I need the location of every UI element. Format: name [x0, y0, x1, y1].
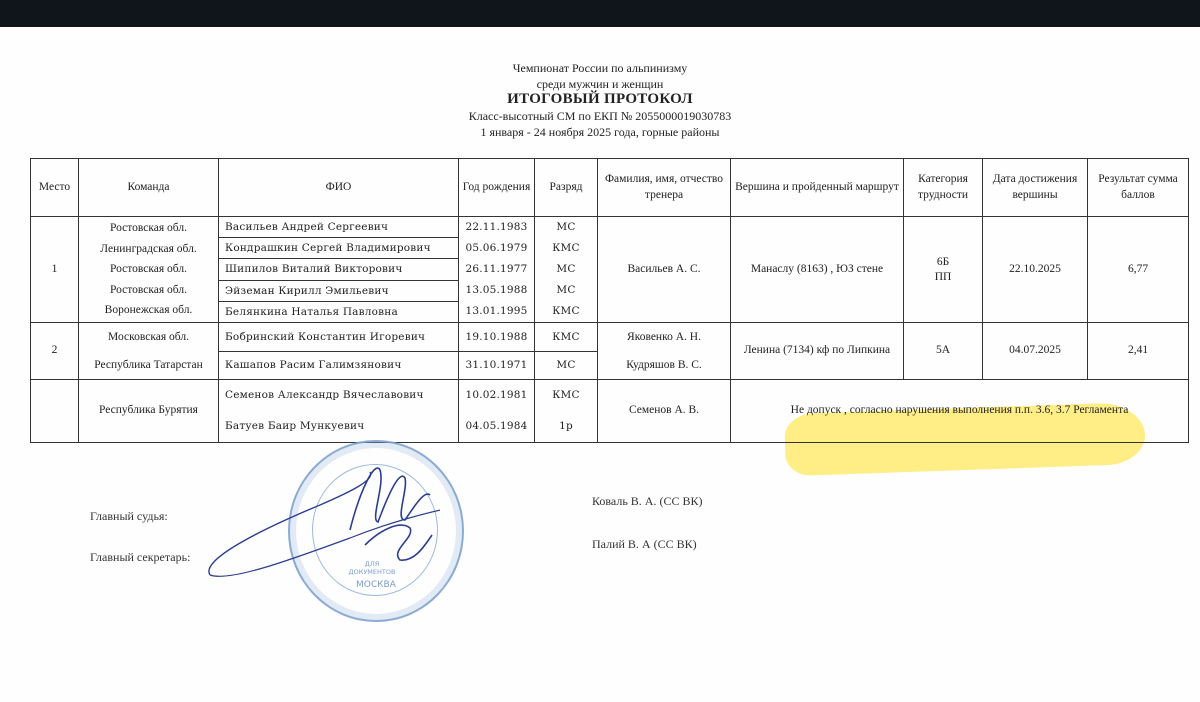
chief-secretary-name: Палий В. А (СС ВК)	[592, 537, 697, 552]
chief-secretary-label: Главный секретарь:	[90, 550, 190, 565]
table-row: 1 Ростовская обл. Ленинградская обл. Рос…	[31, 217, 1189, 238]
col-header-result: Результат сумма баллов	[1088, 159, 1189, 217]
protocol-title: ИТОГОВЫЙ ПРОТОКОЛ	[0, 91, 1200, 108]
rank: МС	[537, 280, 595, 301]
member-name: Эйземан Кирилл Эмильевич	[219, 280, 459, 301]
disqualification-note: Не допуск , согласно нарушения выполнени…	[791, 404, 1129, 416]
class-line: Класс-высотный СМ по ЕКП № 2055000019030…	[0, 109, 1200, 124]
category-cell: 5А	[904, 323, 983, 380]
rank: КМС	[537, 380, 595, 411]
birth-date: 22.11.1983	[461, 217, 532, 238]
rank-cell: МС КМС МС МС КМС	[535, 217, 598, 323]
birth-date: 13.05.1988	[461, 280, 532, 301]
team-cell: Ростовская обл. Ленинградская обл. Росто…	[79, 217, 219, 323]
championship-subtitle: среди мужчин и женщин	[0, 77, 1200, 92]
coach-name: Кудряшов В. С.	[600, 351, 728, 379]
rank: МС	[535, 351, 598, 380]
birth-date: 04.05.1984	[461, 411, 532, 442]
coach-cell: Яковенко А. Н. Кудряшов В. С.	[598, 323, 731, 380]
result-cell: 2,41	[1088, 323, 1189, 380]
col-header-route: Вершина и пройденный маршрут	[731, 159, 904, 217]
team-name: Республика Татарстан	[81, 351, 216, 379]
col-header-birth-year: Год рождения	[459, 159, 535, 217]
birth-cell: 22.11.1983 05.06.1979 26.11.1977 13.05.1…	[459, 217, 535, 323]
results-table: Место Команда ФИО Год рождения Разряд Фа…	[30, 158, 1189, 443]
route-cell: Ленина (7134) кф по Липкина	[731, 323, 904, 380]
championship-title: Чемпионат России по альпинизму	[0, 61, 1200, 76]
member-name: Васильев Андрей Сергеевич	[219, 217, 459, 238]
col-header-category: Категория трудности	[904, 159, 983, 217]
dates-line: 1 января - 24 ноября 2025 года, горные р…	[0, 125, 1200, 140]
place-cell: 1	[31, 217, 79, 323]
team-cell: Московская обл. Республика Татарстан	[79, 323, 219, 380]
result-cell: 6,77	[1088, 217, 1189, 323]
birth-cell: 10.02.1981 04.05.1984	[459, 380, 535, 443]
category-value: 6Б	[906, 255, 980, 270]
date-cell: 22.10.2025	[983, 217, 1088, 323]
disqualification-note-cell: Не допуск , согласно нарушения выполнени…	[731, 380, 1189, 443]
route-cell: Манаслу (8163) , ЮЗ стене	[731, 217, 904, 323]
chief-judge-label: Главный судья:	[90, 509, 168, 524]
member-name: Шипилов Виталий Викторович	[219, 259, 459, 280]
col-header-date: Дата достижения вершины	[983, 159, 1088, 217]
team-name: Ростовская обл.	[81, 280, 216, 301]
col-header-coach: Фамилия, имя, отчество тренера	[598, 159, 731, 217]
member-name: Семенов Александр Вячеславович	[225, 380, 456, 411]
member-name: Батуев Баир Мункуевич	[225, 411, 456, 442]
coach-cell: Васильев А. С.	[598, 217, 731, 323]
handwritten-signature	[200, 450, 440, 590]
rank: КМС	[535, 323, 598, 352]
top-dark-bar	[0, 0, 1200, 27]
col-header-team: Команда	[79, 159, 219, 217]
coach-cell: Семенов А. В.	[598, 380, 731, 443]
birth-date: 10.02.1981	[461, 380, 532, 411]
member-name: Белянкина Наталья Павловна	[219, 301, 459, 322]
place-cell: 2	[31, 323, 79, 380]
rank: КМС	[537, 301, 595, 322]
col-header-fio: ФИО	[219, 159, 459, 217]
rank-cell: КМС 1р	[535, 380, 598, 443]
team-name: Московская обл.	[81, 323, 216, 351]
category-value: ПП	[906, 270, 980, 285]
member-names-cell: Семенов Александр Вячеславович Батуев Ба…	[219, 380, 459, 443]
team-cell: Республика Бурятия	[79, 380, 219, 443]
team-name: Ростовская обл.	[81, 218, 216, 239]
rank: 1р	[537, 411, 595, 442]
birth-date: 26.11.1977	[461, 259, 532, 280]
table-row: 2 Московская обл. Республика Татарстан Б…	[31, 323, 1189, 352]
chief-judge-name: Коваль В. А. (СС ВК)	[592, 494, 702, 509]
rank: КМС	[537, 238, 595, 259]
member-name: Бобринский Константин Игоревич	[219, 323, 459, 352]
place-cell	[31, 380, 79, 443]
rank: МС	[537, 217, 595, 238]
col-header-place: Место	[31, 159, 79, 217]
rank: МС	[537, 259, 595, 280]
col-header-rank: Разряд	[535, 159, 598, 217]
team-name: Воронежская обл.	[81, 300, 216, 321]
member-name: Кондрашкин Сергей Владимирович	[219, 238, 459, 259]
birth-date: 31.10.1971	[459, 351, 535, 380]
category-cell: 6Б ПП	[904, 217, 983, 323]
team-name: Ростовская обл.	[81, 259, 216, 280]
birth-date: 05.06.1979	[461, 238, 532, 259]
date-cell: 04.07.2025	[983, 323, 1088, 380]
team-name: Ленинградская обл.	[81, 239, 216, 260]
coach-name: Яковенко А. Н.	[600, 323, 728, 351]
table-header-row: Место Команда ФИО Год рождения Разряд Фа…	[31, 159, 1189, 217]
birth-date: 19.10.1988	[459, 323, 535, 352]
birth-date: 13.01.1995	[461, 301, 532, 322]
member-name: Кашапов Расим Галимзянович	[219, 351, 459, 380]
